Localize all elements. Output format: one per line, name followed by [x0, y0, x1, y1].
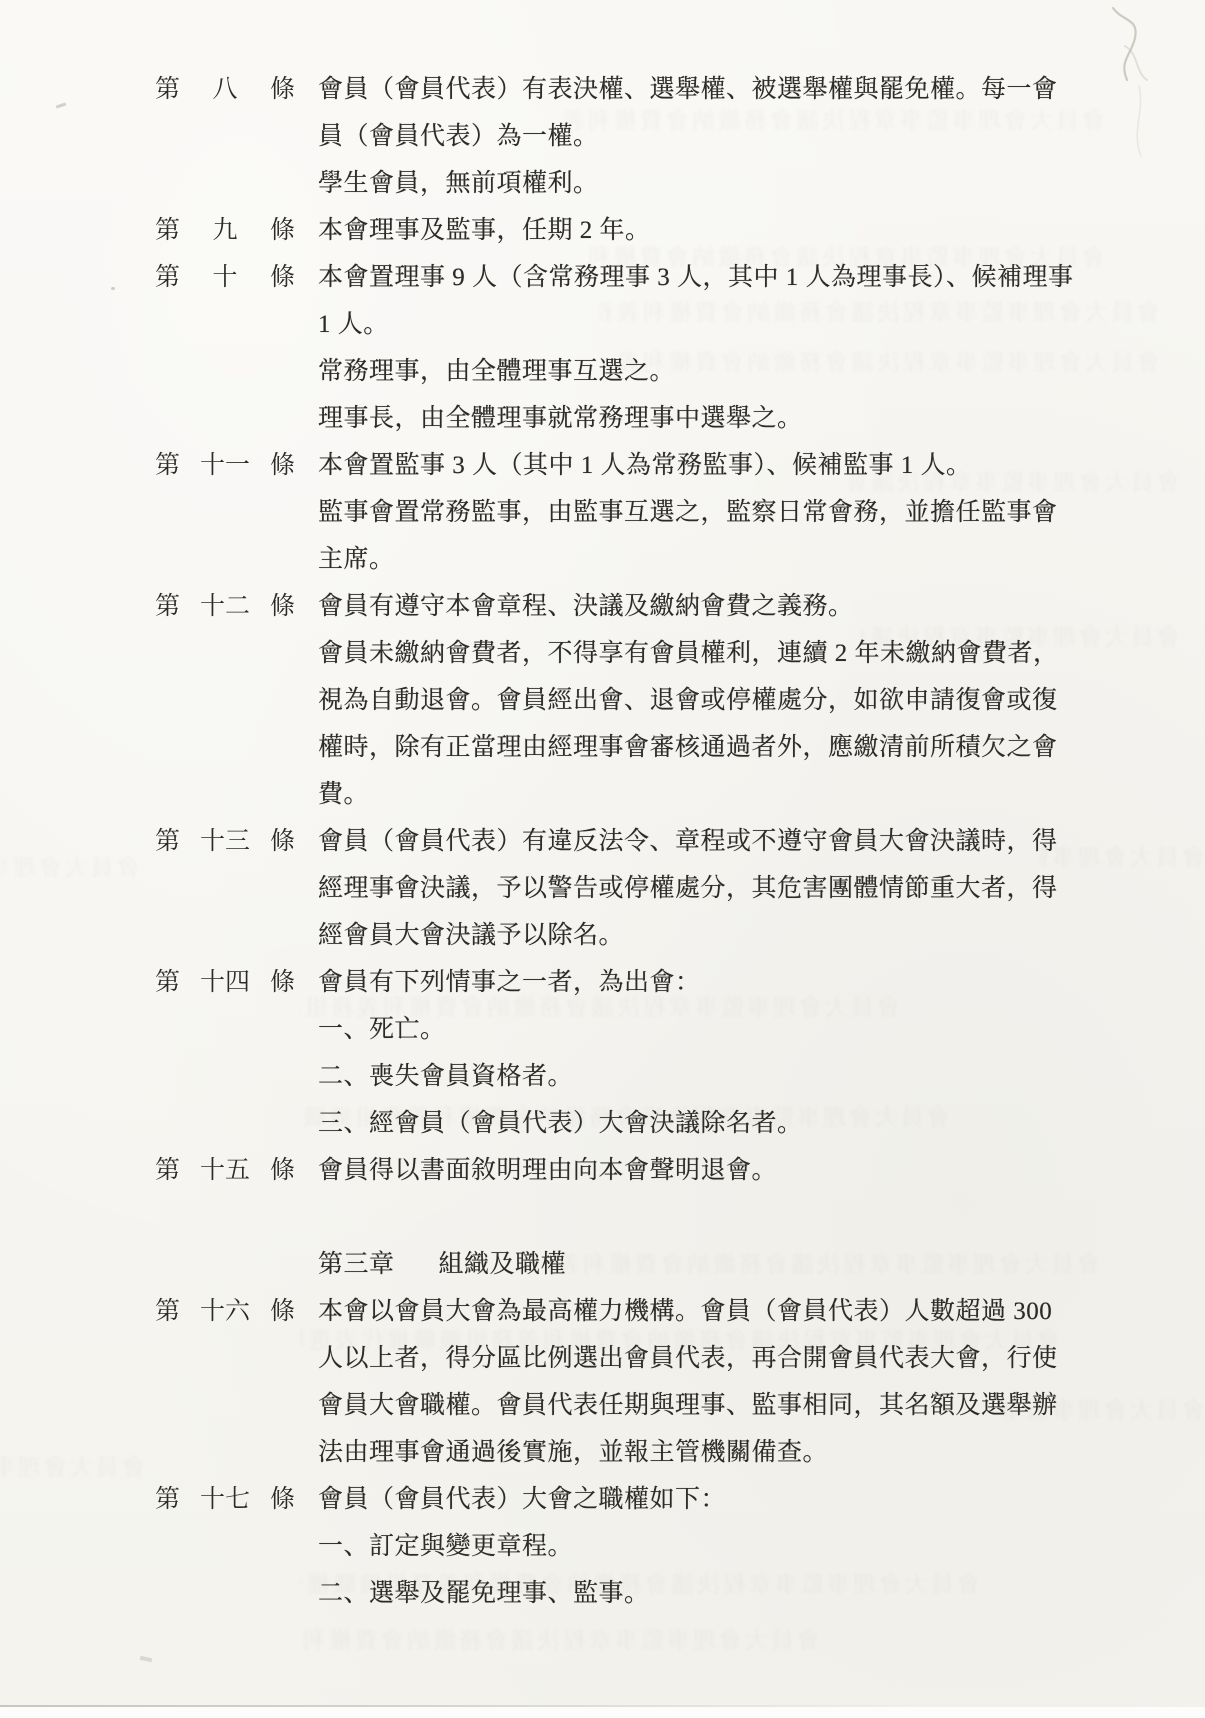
article-lines: 會員（會員代表）有表決權、選舉權、被選舉權與罷免權。每一會員（會員代表）為一權。…: [318, 66, 1085, 207]
article-label: 第十五條: [155, 1147, 295, 1194]
article-number: 八: [212, 66, 237, 113]
article-label-prefix: 第: [155, 818, 180, 865]
scanned-page: 會員大會理事監事章程決議會務繳納會費權利義務組織職權代表選舉罷免會員大會理事監事…: [0, 0, 1205, 1718]
article-lines: 本會理事及監事，任期 2 年。: [318, 207, 1085, 254]
article-label-prefix: 第: [155, 66, 180, 113]
article-lines: 會員（會員代表）有違反法令、章程或不遵守會員大會決議時，得經理事會決議，予以警告…: [318, 818, 1085, 959]
article-label: 第十條: [155, 254, 295, 301]
article-line: 本會理事及監事，任期 2 年。: [318, 207, 1085, 254]
article-label: 第十三條: [155, 818, 295, 865]
article-line: 學生會員，無前項權利。: [318, 160, 1085, 207]
article-line: 理事長，由全體理事就常務理事中選舉之。: [318, 395, 1085, 442]
article-line: 主席。: [318, 536, 1085, 583]
article-label-suffix: 條: [270, 207, 295, 254]
article-lines: 會員有下列情事之一者，為出會：一、死亡。二、喪失會員資格者。三、經會員（會員代表…: [318, 959, 1085, 1147]
article-label: 第十七條: [155, 1476, 295, 1523]
article-row: 第十六條本會以會員大會為最高權力機構。會員（會員代表）人數超過 300人以上者，…: [155, 1288, 1085, 1476]
article-label-suffix: 條: [270, 583, 295, 630]
article-row: 第十五條會員得以書面敘明理由向本會聲明退會。: [155, 1147, 1085, 1194]
article-label-prefix: 第: [155, 959, 180, 1006]
article-line: 員（會員代表）為一權。: [318, 113, 1085, 160]
article-line: 會員（會員代表）有違反法令、章程或不遵守會員大會決議時，得: [318, 818, 1085, 865]
article-lines: 會員得以書面敘明理由向本會聲明退會。: [318, 1147, 1085, 1194]
article-line: 費。: [318, 771, 1085, 818]
article-row: 第十一條本會置監事 3 人（其中 1 人為常務監事）、候補監事 1 人。監事會置…: [155, 442, 1085, 583]
article-row: 第十三條會員（會員代表）有違反法令、章程或不遵守會員大會決議時，得經理事會決議，…: [155, 818, 1085, 959]
document-body: 第八條會員（會員代表）有表決權、選舉權、被選舉權與罷免權。每一會員（會員代表）為…: [155, 66, 1085, 1617]
article-number: 十二: [200, 583, 250, 630]
article-line: 經理事會決議，予以警告或停權處分，其危害團體情節重大者，得: [318, 865, 1085, 912]
chapter-row: 第三章組織及職權: [155, 1241, 1085, 1288]
article-label-suffix: 條: [270, 1476, 295, 1523]
article-line: 視為自動退會。會員經出會、退會或停權處分，如欲申請復會或復: [318, 677, 1085, 724]
article-line: 法由理事會通過後實施，並報主管機關備查。: [318, 1429, 1085, 1476]
article-line: 會員有下列情事之一者，為出會：: [318, 959, 1085, 1006]
article-label-suffix: 條: [270, 1147, 295, 1194]
chapter-indent-spacer: [155, 1241, 318, 1288]
article-lines: 本會置理事 9 人（含常務理事 3 人，其中 1 人為理事長）、候補理事1 人。…: [318, 254, 1085, 442]
article-label-suffix: 條: [270, 1288, 295, 1335]
article-line: 監事會置常務監事，由監事互選之，監察日常會務，並擔任監事會: [318, 489, 1085, 536]
article-number: 十六: [200, 1288, 250, 1335]
article-line: 會員得以書面敘明理由向本會聲明退會。: [318, 1147, 1085, 1194]
article-number: 十四: [200, 959, 250, 1006]
article-label-suffix: 條: [270, 442, 295, 489]
article-label: 第八條: [155, 66, 295, 113]
ghost-bleed-text: 會員大會理事監事章程決議會務繳納會費權利義務組織職權代表選舉罷免會員大會理事監事…: [300, 1628, 820, 1654]
article-line: 權時，除有正當理由經理事會審核通過者外，應繳清前所積欠之會: [318, 724, 1085, 771]
article-line: 會員（會員代表）有表決權、選舉權、被選舉權與罷免權。每一會: [318, 66, 1085, 113]
article-label-suffix: 條: [270, 66, 295, 113]
article-line: 常務理事，由全體理事互選之。: [318, 348, 1085, 395]
article-label-suffix: 條: [270, 254, 295, 301]
scan-speck: [111, 287, 115, 290]
article-line: 三、經會員（會員代表）大會決議除名者。: [318, 1100, 1085, 1147]
article-label-prefix: 第: [155, 207, 180, 254]
article-label-prefix: 第: [155, 1288, 180, 1335]
article-label: 第十一條: [155, 442, 295, 489]
article-number: 十五: [200, 1147, 250, 1194]
article-label-prefix: 第: [155, 583, 180, 630]
article-label-suffix: 條: [270, 818, 295, 865]
article-row: 第十條本會置理事 9 人（含常務理事 3 人，其中 1 人為理事長）、候補理事1…: [155, 254, 1085, 442]
article-row: 第九條本會理事及監事，任期 2 年。: [155, 207, 1085, 254]
article-row: 第十七條會員（會員代表）大會之職權如下：一、訂定與變更章程。二、選舉及罷免理事、…: [155, 1476, 1085, 1617]
article-label-suffix: 條: [270, 959, 295, 1006]
article-line: 會員大會職權。會員代表任期與理事、監事相同，其名額及選舉辦: [318, 1382, 1085, 1429]
article-label-prefix: 第: [155, 254, 180, 301]
article-number: 十: [212, 254, 237, 301]
ghost-bleed-text: 會員大會理事監事章程決議會務繳納會費權利義務組織職權代表選舉罷免會員大會理事監事…: [0, 855, 140, 881]
article-line: 1 人。: [318, 301, 1085, 348]
article-row: 第十二條會員有遵守本會章程、決議及繳納會費之義務。會員未繳納會費者，不得享有會員…: [155, 583, 1085, 818]
article-number: 十七: [200, 1476, 250, 1523]
scan-speck: [56, 103, 66, 109]
scan-edge-strip: [0, 1707, 1205, 1718]
article-lines: 會員有遵守本會章程、決議及繳納會費之義務。會員未繳納會費者，不得享有會員權利，連…: [318, 583, 1085, 818]
article-line: 二、喪失會員資格者。: [318, 1053, 1085, 1100]
article-line: 會員有遵守本會章程、決議及繳納會費之義務。: [318, 583, 1085, 630]
article-line: 會員（會員代表）大會之職權如下：: [318, 1476, 1085, 1523]
article-lines: 本會置監事 3 人（其中 1 人為常務監事）、候補監事 1 人。監事會置常務監事…: [318, 442, 1085, 583]
article-line: 一、訂定與變更章程。: [318, 1523, 1085, 1570]
chapter-heading: 第三章組織及職權: [318, 1241, 566, 1288]
article-line: 本會以會員大會為最高權力機構。會員（會員代表）人數超過 300: [318, 1288, 1085, 1335]
article-line: 二、選舉及罷免理事、監事。: [318, 1570, 1085, 1617]
scan-speck: [140, 1656, 153, 1662]
article-label-prefix: 第: [155, 442, 180, 489]
article-number: 九: [212, 207, 237, 254]
chapter-title: 組織及職權: [439, 1241, 567, 1288]
article-line: 一、死亡。: [318, 1006, 1085, 1053]
article-number: 十一: [200, 442, 250, 489]
article-line: 本會置理事 9 人（含常務理事 3 人，其中 1 人為理事長）、候補理事: [318, 254, 1085, 301]
article-lines: 會員（會員代表）大會之職權如下：一、訂定與變更章程。二、選舉及罷免理事、監事。: [318, 1476, 1085, 1617]
article-label: 第九條: [155, 207, 295, 254]
article-line: 經會員大會決議予以除名。: [318, 912, 1085, 959]
article-label-prefix: 第: [155, 1147, 180, 1194]
article-row: 第十四條會員有下列情事之一者，為出會：一、死亡。二、喪失會員資格者。三、經會員（…: [155, 959, 1085, 1147]
article-row: 第八條會員（會員代表）有表決權、選舉權、被選舉權與罷免權。每一會員（會員代表）為…: [155, 66, 1085, 207]
article-lines: 本會以會員大會為最高權力機構。會員（會員代表）人數超過 300人以上者，得分區比…: [318, 1288, 1085, 1476]
article-line: 會員未繳納會費者，不得享有會員權利，連續 2 年未繳納會費者，: [318, 630, 1085, 677]
article-line: 人以上者，得分區比例選出會員代表，再合開會員代表大會，行使: [318, 1335, 1085, 1382]
article-number: 十三: [200, 818, 250, 865]
ghost-bleed-text: 會員大會理事監事章程決議會務繳納會費權利義務組織職權代表選舉罷免會員大會理事監事…: [0, 1455, 145, 1481]
article-label: 第十六條: [155, 1288, 295, 1335]
article-label-prefix: 第: [155, 1476, 180, 1523]
chapter-number: 第三章: [318, 1241, 395, 1288]
article-label: 第十四條: [155, 959, 295, 1006]
article-line: 本會置監事 3 人（其中 1 人為常務監事）、候補監事 1 人。: [318, 442, 1085, 489]
article-label: 第十二條: [155, 583, 295, 630]
